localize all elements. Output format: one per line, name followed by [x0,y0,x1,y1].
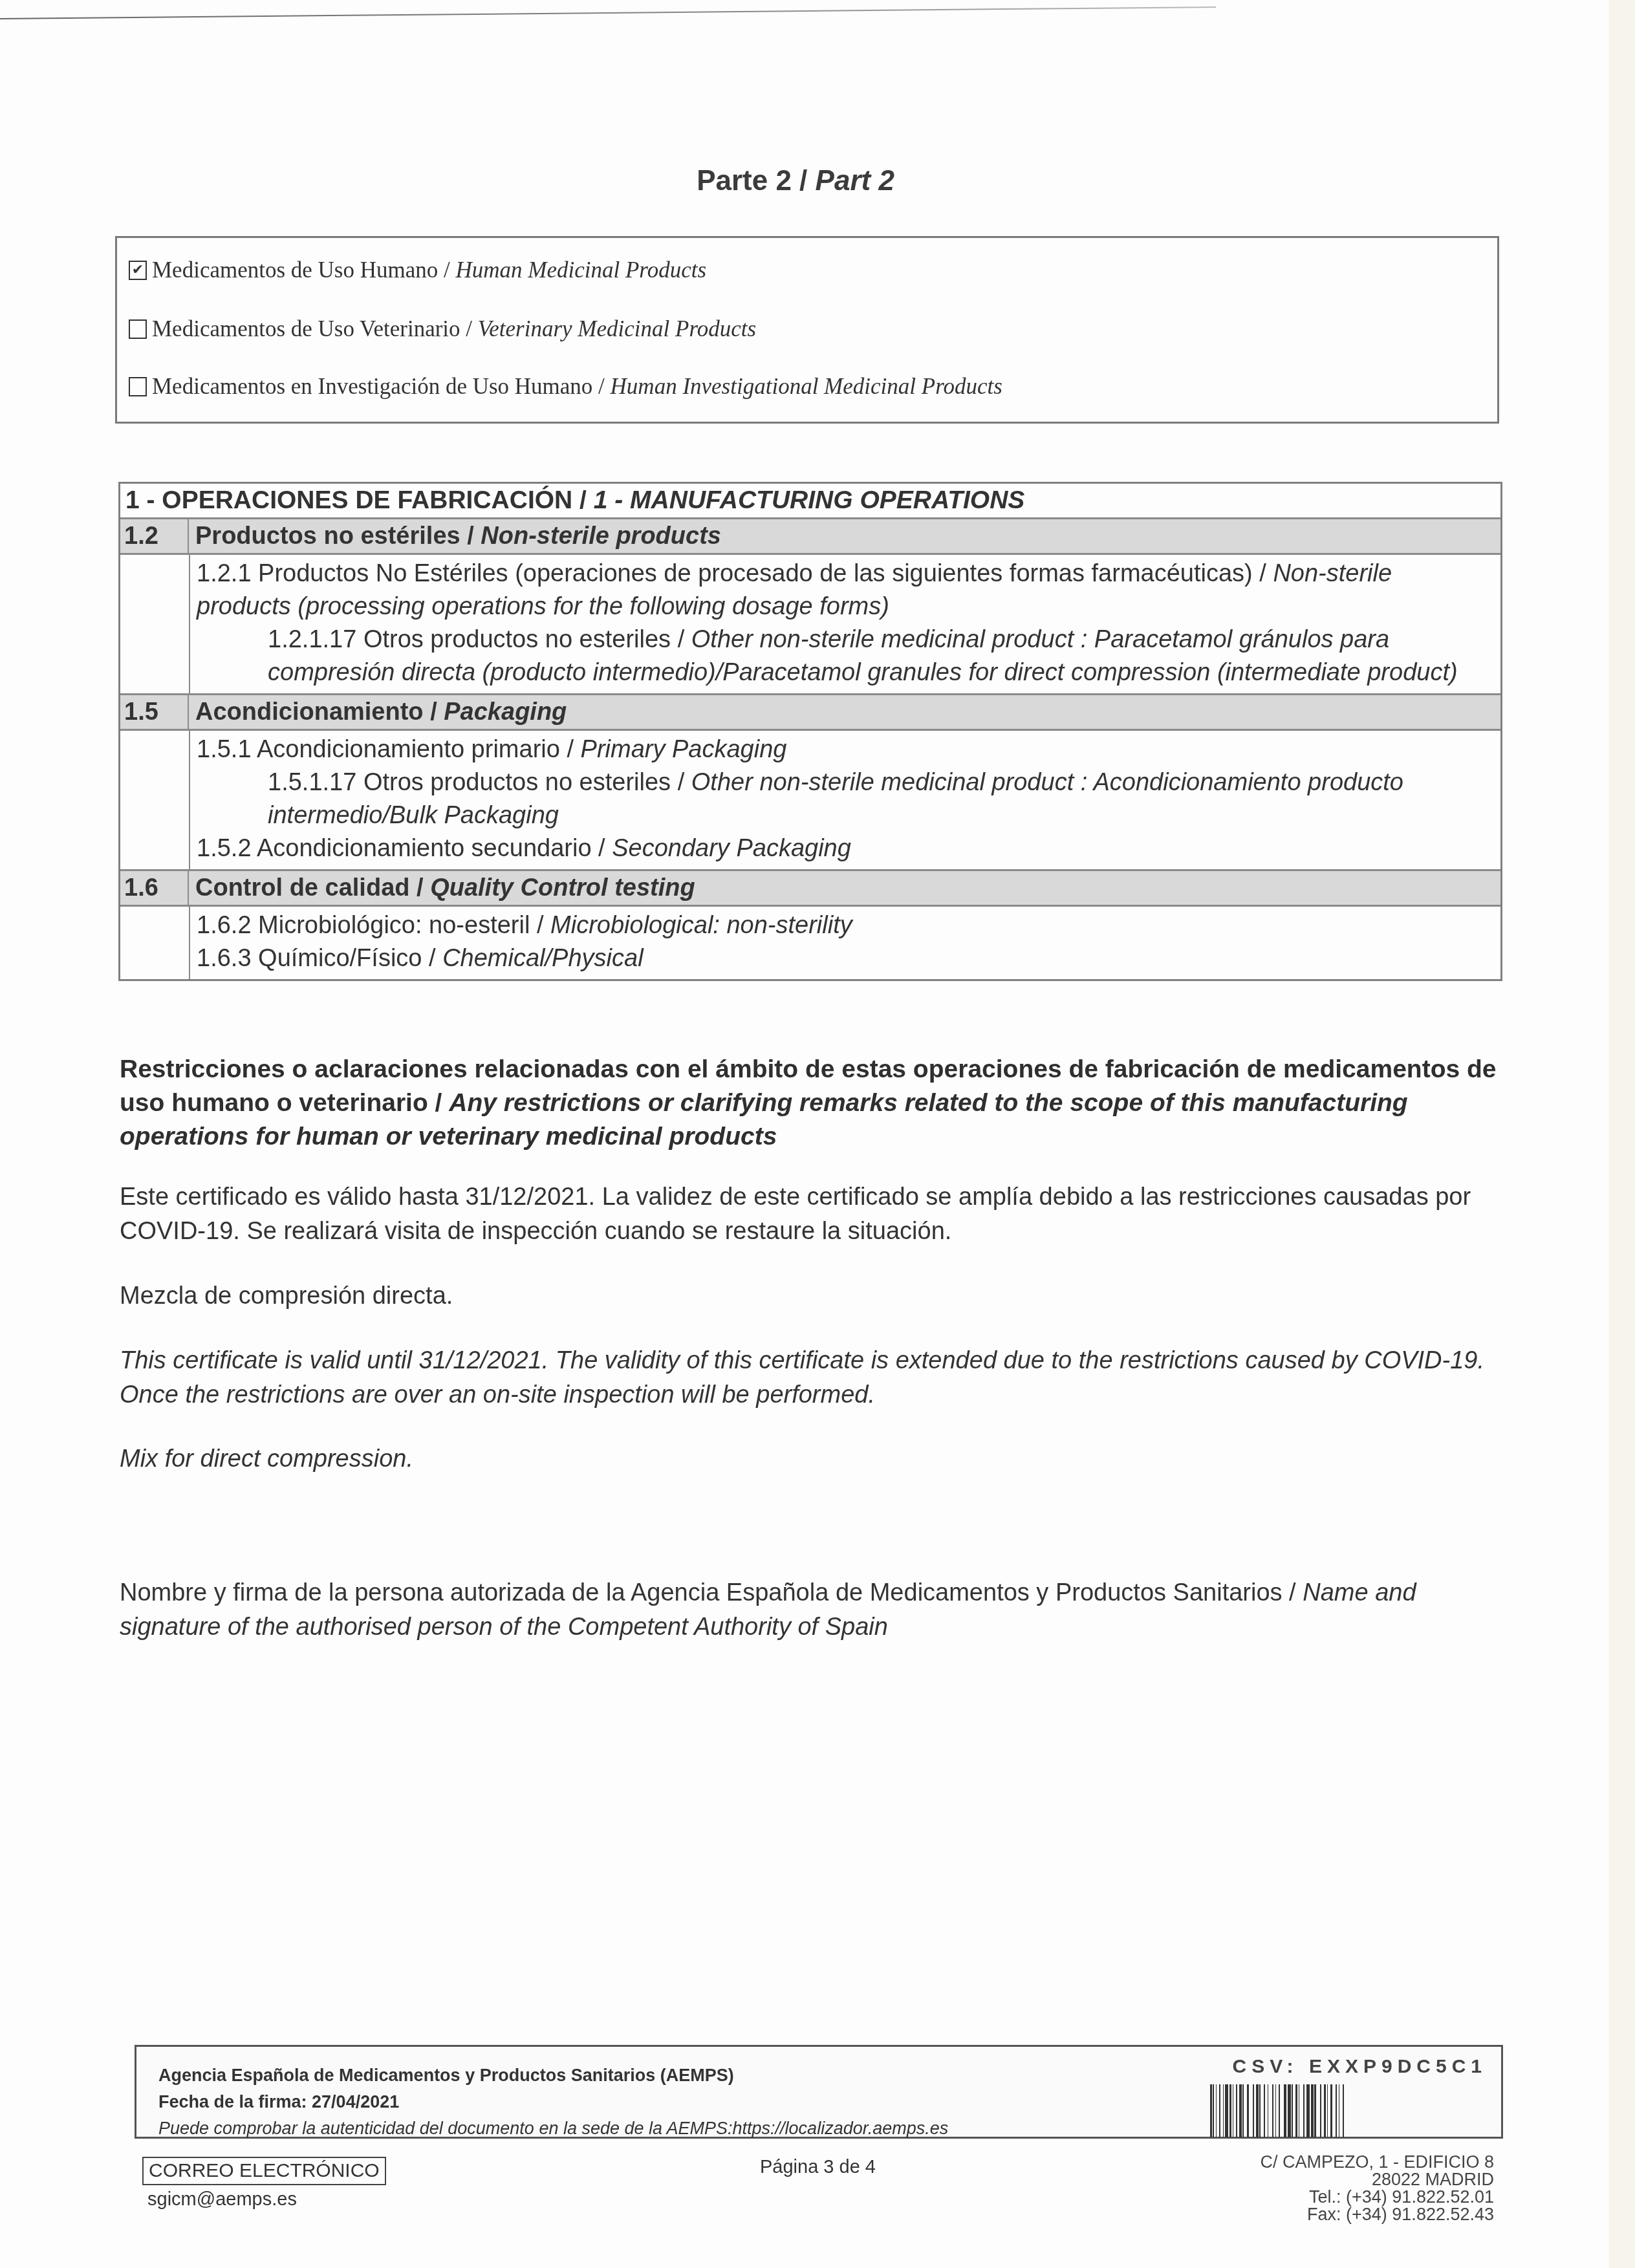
operations-title-en: 1 - MANUFACTURING OPERATIONS [594,486,1025,514]
address-line: 28022 MADRID [1260,2171,1494,2188]
section-content: 1.6.2 Microbiológico: no-esteril / Micro… [190,907,865,979]
signature-label-es: Nombre y firma de la persona autorizada … [120,1579,1303,1606]
title-en: Part 2 [816,165,894,197]
operations-sections: 1.2Productos no estériles / Non-sterile … [120,519,1500,979]
operation-item: 1.2.1.17 Otros productos no esteriles / … [197,623,1488,689]
operation-item: 1.5.2 Acondicionamiento secundario / Sec… [197,832,1488,865]
section-gutter [120,555,190,693]
signature-label: Nombre y firma de la persona autorizada … [120,1576,1510,1645]
operation-item: 1.2.1 Productos No Estériles (operacione… [197,557,1488,623]
section-label: Control de calidad / Quality Control tes… [189,871,695,905]
checkbox-empty-icon[interactable] [129,319,147,339]
section-header: 1.6Control de calidad / Quality Control … [120,871,1500,907]
checkbox-empty-icon[interactable] [129,377,147,396]
title-es: Parte 2 [697,165,792,197]
product-type-human: ✔ Medicamentos de Uso Humano / Human Med… [129,257,706,283]
type-label-es: Medicamentos de Uso Humano [152,257,438,283]
address-line: C/ CAMPEZO, 1 - EDIFICIO 8 [1260,2154,1494,2171]
address-phone: Tel.: (+34) 91.822.52.01 [1260,2188,1494,2206]
operation-item: 1.5.1.17 Otros productos no esteriles / … [197,766,1488,832]
paper-edge [1609,0,1635,2268]
verification-text: Agencia Española de Medicamentos y Produ… [158,2062,948,2142]
section-gutter [120,731,190,869]
type-label-en: Human Investigational Medicinal Products [611,374,1002,400]
verify-link[interactable]: Puede comprobar la autenticidad del docu… [158,2115,948,2142]
product-type-veterinary: Medicamentos de Uso Veterinario / Veteri… [129,316,756,342]
section-header: 1.2Productos no estériles / Non-sterile … [120,519,1500,555]
address-fax: Fax: (+34) 91.822.52.43 [1260,2206,1494,2223]
section-number: 1.5 [120,695,189,729]
type-label-en: Human Medicinal Products [456,257,707,283]
agency-name: Agencia Española de Medicamentos y Produ… [158,2062,948,2089]
page-title: Parte 2 / Part 2 [0,165,1591,197]
section-label: Productos no estériles / Non-sterile pro… [189,519,721,553]
page-number: Página 3 de 4 [760,2157,876,2178]
scan-artifact-line [0,6,1216,19]
verification-box: Agencia Española de Medicamentos y Produ… [135,2045,1503,2139]
section-header: 1.5Acondicionamiento / Packaging [120,695,1500,731]
section-gutter [120,907,190,979]
section-content: 1.5.1 Acondicionamiento primario / Prima… [190,731,1500,869]
operations-title: 1 - OPERACIONES DE FABRICACIÓN / 1 - MAN… [120,484,1500,519]
section-number: 1.2 [120,519,189,553]
section-label: Acondicionamiento / Packaging [189,695,567,729]
validity-en: This certificate is valid until 31/12/20… [120,1344,1510,1412]
section-body: 1.5.1 Acondicionamiento primario / Prima… [120,731,1500,871]
email-address[interactable]: sgicm@aemps.es [147,2189,297,2210]
operation-item: 1.5.1 Acondicionamiento primario / Prima… [197,733,1488,766]
operation-item: 1.6.3 Químico/Físico / Chemical/Physical [197,942,852,975]
remarks-heading: Restricciones o aclaraciones relacionada… [120,1053,1504,1154]
section-content: 1.2.1 Productos No Estériles (operacione… [190,555,1500,693]
email-label-box: CORREO ELECTRÓNICO [142,2157,386,2185]
mix-en: Mix for direct compression. [120,1442,1510,1476]
validity-es: Este certificado es válido hasta 31/12/2… [120,1180,1510,1249]
agency-address: C/ CAMPEZO, 1 - EDIFICIO 8 28022 MADRID … [1260,2154,1494,2223]
operations-title-es: 1 - OPERACIONES DE FABRICACIÓN / [125,486,594,514]
type-label-en: Veterinary Medicinal Products [478,316,756,342]
operation-item: 1.6.2 Microbiológico: no-esteril / Micro… [197,909,852,942]
barcode-icon [1210,2084,1488,2137]
title-separator: / [792,165,816,197]
product-type-box: ✔ Medicamentos de Uso Humano / Human Med… [115,236,1499,424]
section-body: 1.6.2 Microbiológico: no-esteril / Micro… [120,907,1500,979]
type-label-es: Medicamentos en Investigación de Uso Hum… [152,374,592,400]
checkbox-checked-icon[interactable]: ✔ [129,261,147,280]
type-label-es: Medicamentos de Uso Veterinario [152,316,460,342]
mix-es: Mezcla de compresión directa. [120,1279,1510,1313]
product-type-investigational: Medicamentos en Investigación de Uso Hum… [129,374,1002,400]
section-number: 1.6 [120,871,189,905]
signature-date: Fecha de la firma: 27/04/2021 [158,2089,948,2115]
csv-code: CSV: EXXP9DC5C1 [1233,2056,1487,2078]
section-body: 1.2.1 Productos No Estériles (operacione… [120,555,1500,695]
operations-table: 1 - OPERACIONES DE FABRICACIÓN / 1 - MAN… [118,482,1502,981]
